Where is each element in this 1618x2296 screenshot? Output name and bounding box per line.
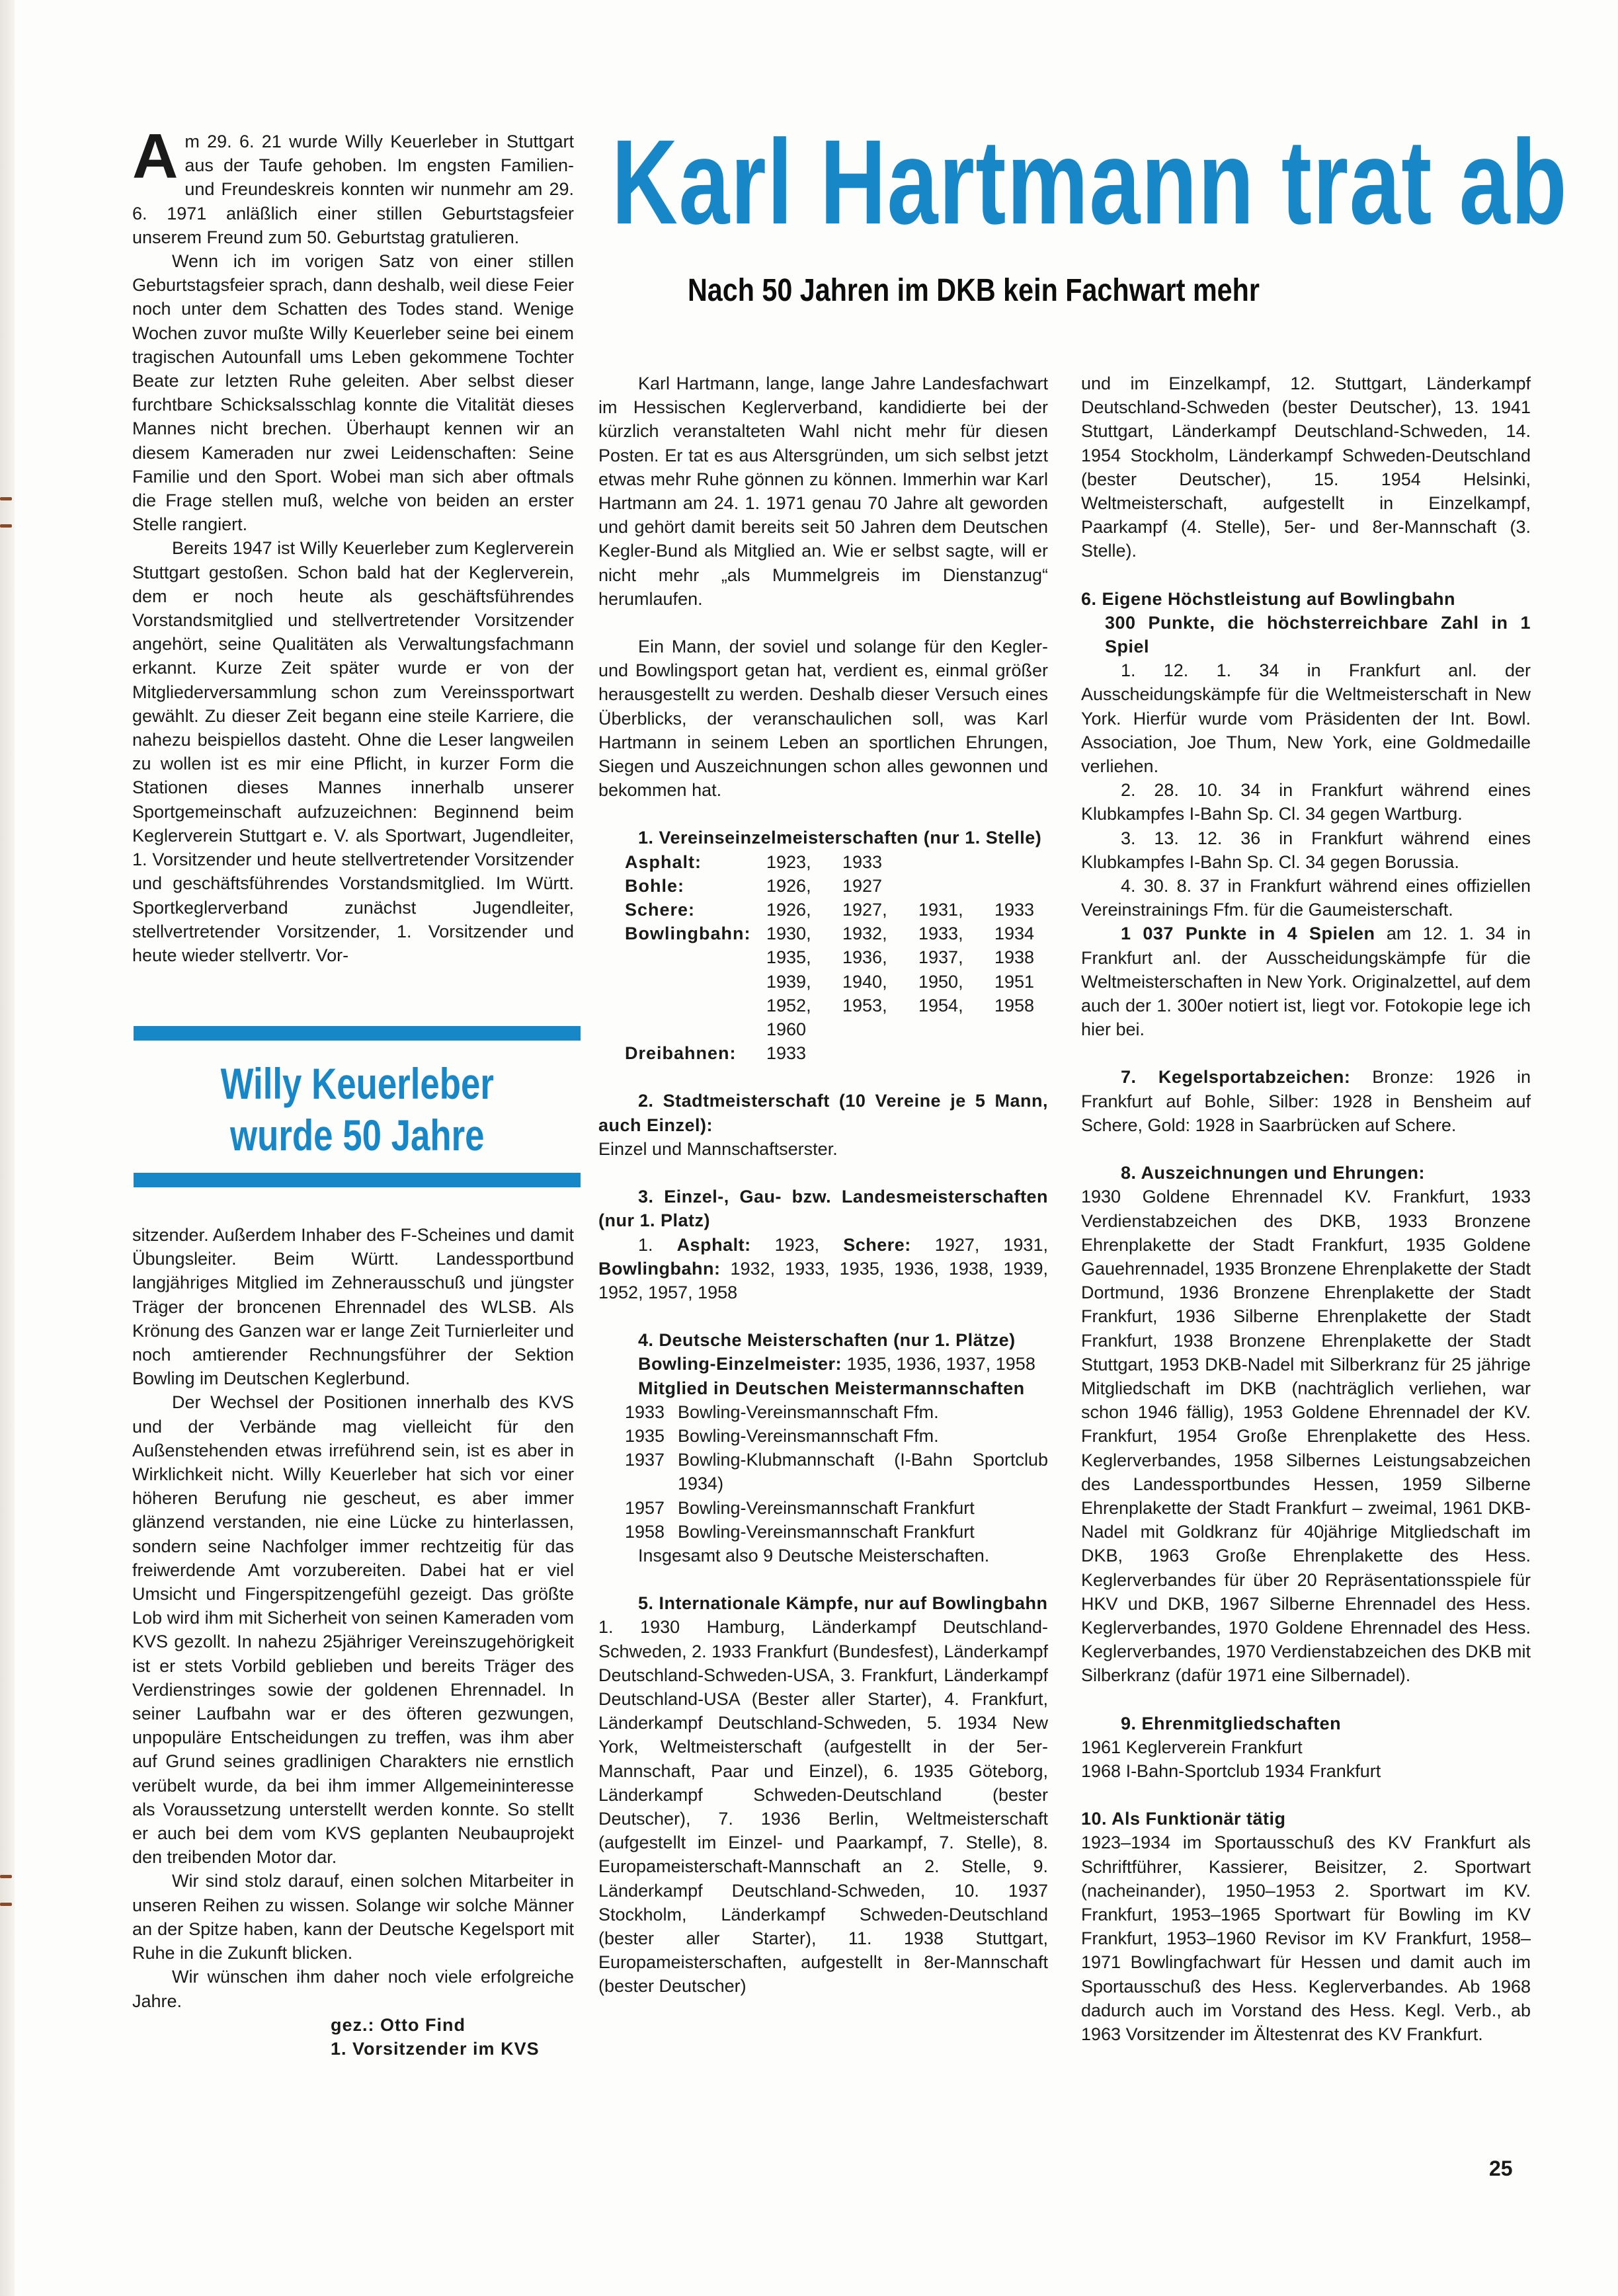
section-3-text: 1. Asphalt: 1923, Schere: 1927, 1931, Bo…	[598, 1233, 1048, 1305]
championship-team-row: 1957Bowling-Vereinsmannschaft Frankfurt	[625, 1496, 1048, 1520]
section-10-heading: 10. Als Funktionär tätig	[1081, 1807, 1531, 1831]
year-cell	[918, 850, 994, 874]
section-6-item: 1. 12. 1. 34 in Frankfurt anl. der Aussc…	[1081, 658, 1531, 778]
year-cell: 1932,	[842, 922, 918, 945]
page-binding-edge	[0, 0, 15, 2296]
year-cell: 1930,	[766, 922, 842, 945]
year-cell: 1939,	[766, 970, 842, 994]
section-6-item: 4. 30. 8. 37 in Frankfurt während eines …	[1081, 874, 1531, 922]
year-cell: 1951	[994, 970, 1071, 994]
year-cell: 1933	[766, 1041, 842, 1065]
year-row-label	[625, 970, 766, 994]
section-9-item: 1961 Keglerverein Frankfurt	[1081, 1735, 1531, 1759]
section-7: 7. Kegelsportabzeichen: Bronze: 1926 in …	[1081, 1065, 1531, 1137]
section-6-heading-2: 300 Punkte, die höchsterreichbare Zahl i…	[1081, 611, 1531, 658]
staple-mark	[0, 1875, 12, 1878]
championship-year: 1935	[625, 1424, 678, 1448]
article-subheadline: Nach 50 Jahren im DKB kein Fachwart mehr	[688, 271, 1260, 311]
year-cell: 1931,	[918, 898, 994, 922]
staple-mark	[0, 524, 12, 528]
year-cell: 1927	[842, 874, 918, 898]
keuerleber-title-box: Willy Keuerleber wurde 50 Jahre	[134, 1026, 581, 1191]
year-cell: 1926,	[766, 874, 842, 898]
year-cell	[994, 1017, 1071, 1041]
year-row-label: Asphalt:	[625, 850, 766, 874]
championship-team: Bowling-Vereinsmannschaft Ffm.	[678, 1400, 939, 1424]
keuerleber-paragraph-2: Wenn ich im vorigen Satz von einer still…	[132, 249, 574, 536]
year-row-label: Bowlingbahn:	[625, 922, 766, 945]
year-cell: 1937,	[918, 945, 994, 969]
section-4-total: Insgesamt also 9 Deutsche Meisterschafte…	[598, 1544, 1048, 1567]
keuerleber-article-part1: Am 29. 6. 21 wurde Willy Keuerleber in S…	[132, 130, 574, 967]
year-cell: 1933	[842, 850, 918, 874]
year-row-label	[625, 994, 766, 1017]
year-cell: 1936,	[842, 945, 918, 969]
year-cell: 1952,	[766, 994, 842, 1017]
year-cell: 1938	[994, 945, 1071, 969]
hartmann-article-col2: und im Einzelkampf, 12. Stuttgart, Lände…	[1081, 372, 1531, 2046]
section-8-heading: 8. Auszeichnungen und Ehrungen:	[1081, 1161, 1531, 1185]
championship-team-row: 1958Bowling-Vereinsmannschaft Frankfurt	[625, 1520, 1048, 1544]
year-cell: 1933	[994, 898, 1071, 922]
section-6-item: 3. 13. 12. 36 in Frankfurt während eines…	[1081, 826, 1531, 874]
year-cell	[842, 1017, 918, 1041]
section-2-text: Einzel und Mannschaftserster.	[598, 1137, 1048, 1161]
year-cell: 1954,	[918, 994, 994, 1017]
championship-team: Bowling-Vereinsmannschaft Frankfurt	[678, 1496, 975, 1520]
year-cell	[918, 874, 994, 898]
year-cell: 1933,	[918, 922, 994, 945]
keuerleber-paragraph-1: Am 29. 6. 21 wurde Willy Keuerleber in S…	[132, 130, 574, 249]
section-4-mm-list: 1933Bowling-Vereinsmannschaft Ffm.1935Bo…	[598, 1400, 1048, 1544]
section-6-heading-1: 6. Eigene Höchstleistung auf Bowlingbahn	[1081, 587, 1531, 611]
blue-rule-bottom	[134, 1173, 581, 1187]
year-row-label: Dreibahnen:	[625, 1041, 766, 1065]
signature-name: gez.: Otto Find	[132, 2013, 574, 2037]
year-cell: 1960	[766, 1017, 842, 1041]
section-9-heading: 9. Ehrenmitgliedschaften	[1081, 1712, 1531, 1735]
year-row-label: Schere:	[625, 898, 766, 922]
championship-team-row: 1937Bowling-Klubmannschaft (I-Bahn Sport…	[625, 1448, 1048, 1495]
keuerleber-paragraph-6: Wir wünschen ihm daher noch viele erfolg…	[132, 1965, 574, 2012]
hartmann-article-col1: Karl Hartmann, lange, lange Jahre Landes…	[598, 372, 1048, 1999]
keuerleber-paragraph-3a: Bereits 1947 ist Willy Keuerleber zum Ke…	[132, 536, 574, 967]
year-cell: 1958	[994, 994, 1071, 1017]
drop-cap: A	[132, 131, 178, 182]
staple-mark	[0, 497, 12, 500]
keuerleber-box-title: Willy Keuerleber wurde 50 Jahre	[134, 1058, 581, 1161]
blue-rule-top	[134, 1026, 581, 1041]
keuerleber-paragraph-4: Der Wechsel der Positionen innerhalb des…	[132, 1390, 574, 1869]
section-10-text: 1923–1934 im Sportausschuß des KV Frankf…	[1081, 1831, 1531, 2046]
championship-year: 1937	[625, 1448, 678, 1495]
championship-year: 1933	[625, 1400, 678, 1424]
section-6-points: 1 037 Punkte in 4 Spielen am 12. 1. 34 i…	[1081, 922, 1531, 1041]
year-cell: 1950,	[918, 970, 994, 994]
section-8-text: 1930 Goldene Ehrennadel KV. Frankfurt, 1…	[1081, 1185, 1531, 1687]
staple-mark	[0, 1903, 12, 1906]
section-2-heading: 2. Stadtmeisterschaft (10 Vereine je 5 M…	[598, 1089, 1048, 1136]
championship-year: 1958	[625, 1520, 678, 1544]
year-cell	[842, 1041, 918, 1065]
year-cell	[994, 1041, 1071, 1065]
section-4-mm-heading: Mitglied in Deutschen Meistermannschafte…	[598, 1376, 1048, 1400]
year-cell: 1934	[994, 922, 1071, 945]
hartmann-intro-1: Karl Hartmann, lange, lange Jahre Landes…	[598, 372, 1048, 611]
championship-team: Bowling-Vereinsmannschaft Ffm.	[678, 1424, 939, 1448]
keuerleber-paragraph-3b: sitzender. Außerdem Inhaber des F-Schein…	[132, 1223, 574, 1390]
year-cell: 1953,	[842, 994, 918, 1017]
section-5-heading: 5. Internationale Kämpfe, nur auf Bowlin…	[598, 1591, 1048, 1615]
year-row-label	[625, 1017, 766, 1041]
year-cell	[918, 1017, 994, 1041]
year-row-label: Bohle:	[625, 874, 766, 898]
page-number: 25	[1489, 2157, 1513, 2181]
section-6-item: 2. 28. 10. 34 in Frankfurt während eines…	[1081, 778, 1531, 826]
year-cell: 1927,	[842, 898, 918, 922]
section-1-heading: 1. Vereinseinzelmeisterschaften (nur 1. …	[598, 826, 1048, 850]
signature-role: 1. Vorsitzender im KVS	[132, 2037, 574, 2061]
section-1-years-table: Asphalt:1923,1933Bohle:1926,1927Schere:1…	[598, 850, 1048, 1066]
championship-year: 1957	[625, 1496, 678, 1520]
year-cell: 1923,	[766, 850, 842, 874]
section-5-text: 1. 1930 Hamburg, Länderkampf Deutschland…	[598, 1615, 1048, 1998]
year-row-label	[625, 945, 766, 969]
keuerleber-paragraph-5: Wir sind stolz darauf, einen solchen Mit…	[132, 1869, 574, 1965]
year-cell	[994, 850, 1071, 874]
keuerleber-article-part2: sitzender. Außerdem Inhaber des F-Schein…	[132, 1223, 574, 2061]
section-3-heading: 3. Einzel-, Gau- bzw. Landesmeisterschaf…	[598, 1185, 1048, 1232]
championship-team: Bowling-Vereinsmannschaft Frankfurt	[678, 1520, 975, 1544]
championship-team-row: 1935Bowling-Vereinsmannschaft Ffm.	[625, 1424, 1048, 1448]
section-9-item: 1968 I-Bahn-Sportclub 1934 Frankfurt	[1081, 1759, 1531, 1783]
article-headline: Karl Hartmann trat ab	[612, 119, 1315, 245]
section-5-text-cont: und im Einzelkampf, 12. Stuttgart, Lände…	[1081, 372, 1531, 563]
championship-team: Bowling-Klubmannschaft (I-Bahn Sportclub…	[678, 1448, 1048, 1495]
year-cell	[994, 874, 1071, 898]
section-4-heading: 4. Deutsche Meisterschaften (nur 1. Plät…	[598, 1328, 1048, 1352]
year-cell: 1926,	[766, 898, 842, 922]
year-cell	[918, 1041, 994, 1065]
championship-team-row: 1933Bowling-Vereinsmannschaft Ffm.	[625, 1400, 1048, 1424]
year-cell: 1935,	[766, 945, 842, 969]
hartmann-intro-2: Ein Mann, der soviel und solange für den…	[598, 635, 1048, 802]
year-cell: 1940,	[842, 970, 918, 994]
section-4-einzel: Bowling-Einzelmeister: 1935, 1936, 1937,…	[598, 1352, 1048, 1376]
